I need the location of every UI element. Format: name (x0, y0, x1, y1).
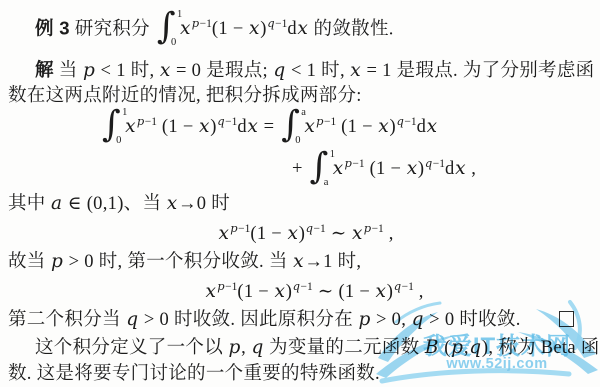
math-expression: a ∈ (0,1) (51, 194, 124, 214)
solution-line-2: 数在这两点附近的情况, 把积分拆成两部分: (8, 83, 362, 109)
math-expression: x→0 (166, 194, 206, 214)
text-run: 时收敛. (454, 310, 520, 330)
integral-sign: ∫a0 (281, 108, 303, 148)
text-run: 、当 (124, 194, 167, 214)
math-expression: x→1 (293, 252, 333, 272)
text-run: 第二个积分当 (8, 310, 126, 330)
math-expression: + ∫1axp−1 (1 − x)q−1dx , (292, 159, 476, 179)
solution-line-1: 解 当 p < 1 时, x = 0 是瑕点; q < 1 时, x = 1 是… (35, 57, 594, 84)
math-expression: q < 1 (273, 61, 316, 81)
text-run: 为变量的二元函数 (264, 338, 424, 358)
math-expression: x = 0 (159, 61, 201, 81)
math-expression: B (p,q) (424, 338, 488, 358)
text-run: 数在这两点附近的情况, 把积分拆成两部分: (8, 86, 362, 106)
display-eq-asym-at-0: xp−1(1 − x)q−1 ∼ xp−1 , (218, 221, 394, 247)
text-run: 是瑕点. 为了分别考虑函 (392, 61, 595, 81)
proof-end-square-icon (559, 311, 574, 327)
text-run: , (241, 338, 251, 358)
text-run: 研究积分 (70, 19, 155, 39)
display-eq-split-row2: + ∫1axp−1 (1 − x)q−1dx , (292, 150, 476, 190)
text-run: , (401, 310, 411, 330)
text-run: 时 (206, 194, 230, 214)
display-eq-split-row1: ∫10xp−1 (1 − x)q−1dx = ∫a0xp−1 (1 − x)q−… (100, 108, 438, 148)
text-run: 的敛散性. (309, 19, 394, 39)
math-expression: xp−1(1 − x)q−1 ∼ (1 − x)q−1 , (205, 282, 424, 302)
integral-sign: ∫10 (102, 108, 124, 148)
math-expression: xp−1(1 − x)q−1 ∼ xp−1 , (218, 224, 394, 244)
text-run: 时, 第一个积分收敛. 当 (94, 252, 293, 272)
text-run: 当 (54, 61, 83, 81)
text-run: 这个积分定义了一个以 (35, 338, 228, 358)
text-run: 时, (316, 61, 350, 81)
integral-sign: ∫10 (157, 10, 179, 50)
math-expression: q > 0 (126, 310, 169, 330)
text-run: 是瑕点; (201, 61, 273, 81)
document-page: 我爱IT技术网 www.52ij.com 例 3 研究积分 ∫10xp−1(1 … (0, 0, 600, 387)
math-expression: p > 0 (358, 310, 401, 330)
example-heading: 例 3 研究积分 ∫10xp−1(1 − x)q−1dx 的敛散性. (35, 10, 394, 50)
math-expression: q > 0 (411, 310, 454, 330)
math-expression: p (228, 338, 241, 358)
math-expression: ∫10xp−1(1 − x)q−1dx (155, 19, 309, 39)
text-run: 时, (126, 61, 160, 81)
beta-paragraph-line-2: 数. 这是将要专门讨论的一个重要的特殊函数. (8, 361, 380, 387)
text-run: 时, (333, 252, 362, 272)
body-line-a-range: 其中 a ∈ (0,1)、当 x→0 时 (8, 191, 230, 217)
math-expression: x = 1 (350, 61, 392, 81)
display-eq-asym-at-1: xp−1(1 − x)q−1 ∼ (1 − x)q−1 , (205, 279, 424, 305)
text-run: 数. 这是将要专门讨论的一个重要的特殊函数. (8, 364, 380, 384)
math-expression: p > 0 (51, 252, 94, 272)
text-run: 时收敛. 因此原积分在 (169, 310, 358, 330)
body-line-first-integral: 故当 p > 0 时, 第一个积分收敛. 当 x→1 时, (8, 249, 361, 275)
beta-paragraph-line-1: 这个积分定义了一个以 p, q 为变量的二元函数 B (p,q), 称为 Bet… (35, 335, 600, 361)
bold-label: 解 (35, 59, 54, 80)
bold-label: 例 3 (35, 17, 70, 38)
body-line-conclusion: 第二个积分当 q > 0 时收敛. 因此原积分在 p > 0, q > 0 时收… (8, 307, 574, 333)
text-run: 故当 (8, 252, 51, 272)
math-expression: ∫10xp−1 (1 − x)q−1dx = ∫a0xp−1 (1 − x)q−… (100, 117, 438, 137)
math-expression: p < 1 (82, 61, 125, 81)
integral-sign: ∫1a (310, 150, 332, 190)
text-run: , 称为 Beta 函 (488, 338, 599, 358)
math-expression: q (251, 338, 264, 358)
text-run: 其中 (8, 194, 51, 214)
